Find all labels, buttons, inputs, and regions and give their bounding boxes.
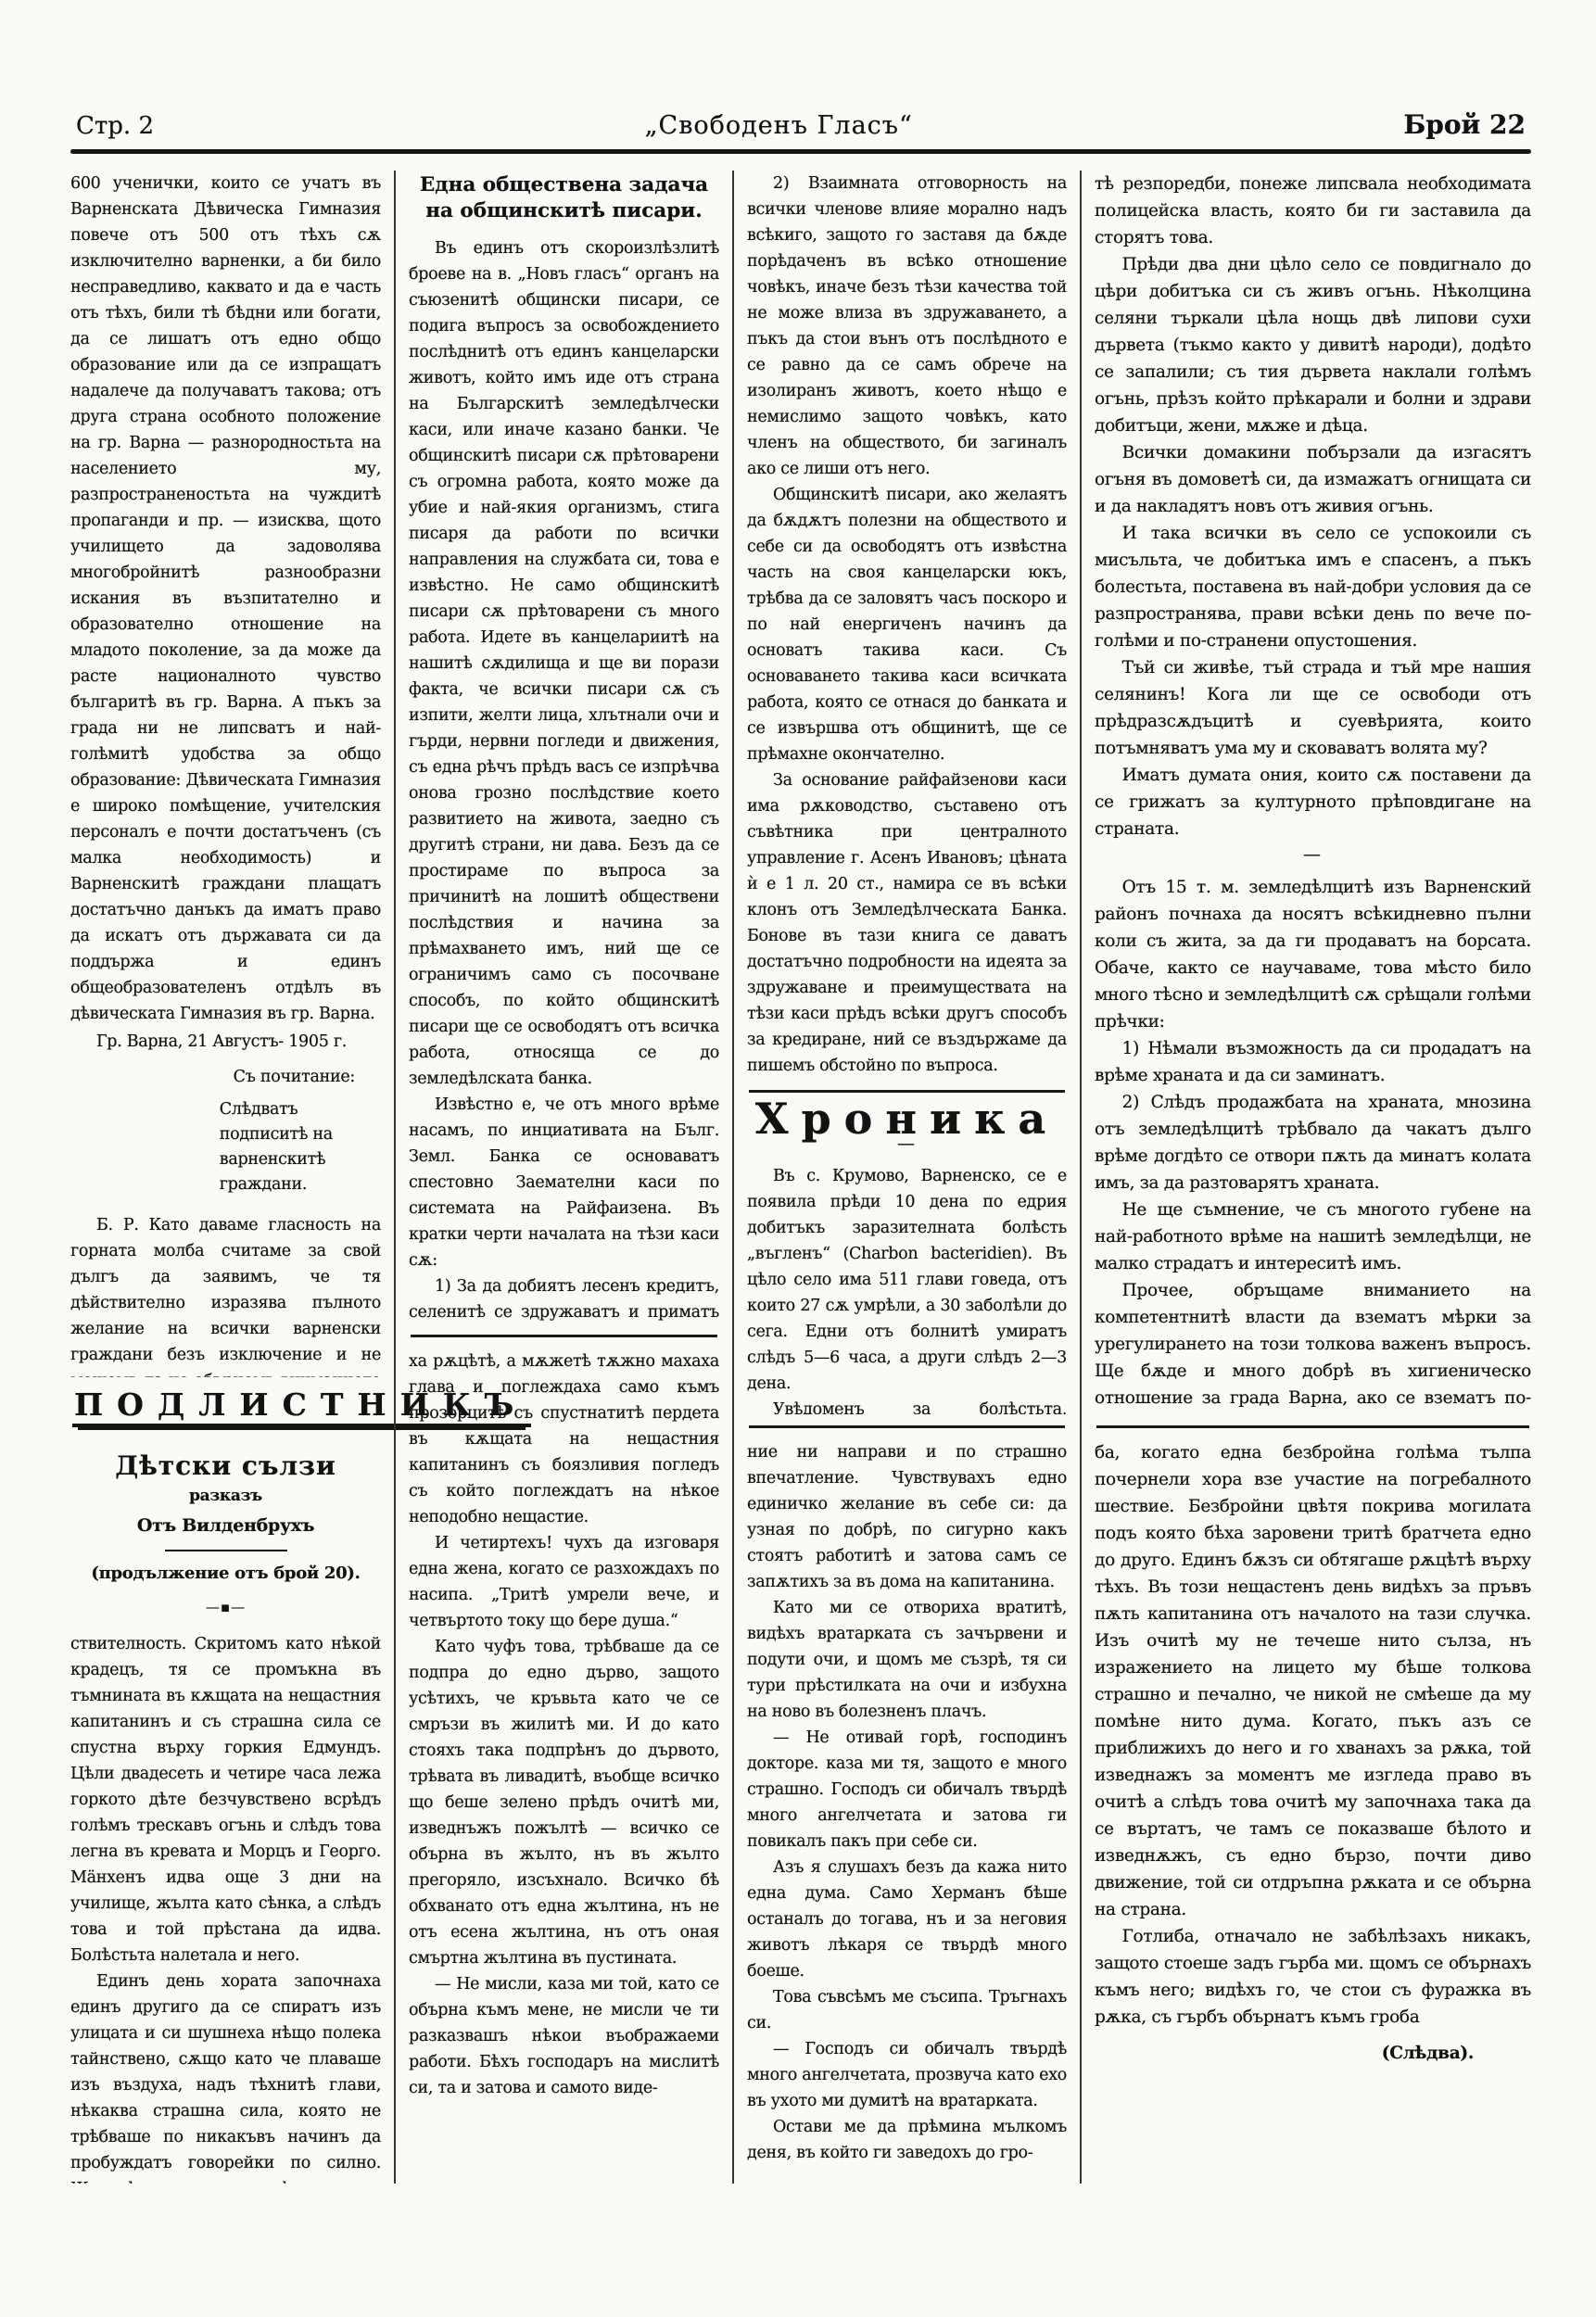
clerks-article: Една обществена задача на общинскитѣ пис… [409, 171, 719, 1323]
column-1: 600 ученички, които се учатъ въ Варненск… [70, 171, 381, 2184]
section-rule-col4 [1096, 1425, 1529, 1428]
story-genre: разказъ [70, 1483, 381, 1509]
story-ornament: —▪— [70, 1594, 381, 1620]
clerks-article-body: Въ единъ отъ скороизлѣзлитѣ броеве на в.… [409, 235, 719, 1323]
chronicle-item-divider: — [1095, 844, 1531, 865]
chronicle-anthrax-continued: тѣ резпоредби, понеже липсвала необходим… [1095, 171, 1531, 842]
section-rule-col2 [411, 1335, 717, 1337]
feuilleton-header: ПОДЛИСТНИКЪ [72, 1392, 381, 1427]
story-header: Дѣтски сълзи разказъ Отъ Вилденбрухъ (пр… [70, 1453, 381, 1620]
chronicle-continued: тѣ резпоредби, понеже липсвала необходим… [1095, 171, 1531, 1414]
newspaper-title: „Свободенъ Гласъ“ [645, 111, 913, 140]
column-4: тѣ резпоредби, понеже липсвала необходим… [1095, 171, 1531, 2184]
salutation: Съ почитание: [70, 1064, 381, 1090]
feuilleton-col3-text: ние ни направи и по страшно впечатление.… [747, 1439, 1067, 2166]
story-rule [165, 1550, 287, 1551]
column-3: 2) Взаимната отговорность на всички член… [747, 171, 1067, 2184]
section-rule-col3 [749, 1425, 1065, 1428]
story-title: Дѣтски сълзи [70, 1453, 381, 1479]
column-2: Една обществена задача на общинскитѣ пис… [409, 171, 719, 2184]
article-title: Една обществена задача на общинскитѣ пис… [414, 172, 714, 224]
column-divider-3 [1080, 171, 1082, 2184]
issue-number: Брой 22 [1403, 109, 1526, 140]
clerks-article-continuation: 2) Взаимната отговорность на всички член… [747, 171, 1067, 1079]
petition-body: 600 ученички, които се учатъ въ Варненск… [70, 171, 381, 1027]
to-be-continued: (Слѣдва). [1095, 2040, 1531, 2067]
column-divider-1 [394, 171, 396, 2184]
chronicle-top-rule [749, 1090, 1065, 1093]
chronicle-heading: Хроника [747, 1106, 1067, 1132]
petition-article: 600 ученички, които се учатъ въ Варненск… [70, 171, 381, 1377]
newspaper-page: Стр. 2 „Свободенъ Гласъ“ Брой 22 600 уче… [0, 0, 1596, 2317]
column-divider-2 [732, 171, 734, 2184]
continuation-note: (продължение отъ брой 20). [70, 1561, 381, 1587]
page-columns: 600 ученички, които се учатъ въ Варненск… [70, 171, 1531, 2184]
feuilleton-col2-text: ха рѫцѣтѣ, а мѫжетѣ тѫжно махаха глава и… [409, 1348, 719, 2101]
dateline: Гр. Варна, 21 Августъ- 1905 г. [70, 1029, 381, 1055]
feuilleton-col4-text: ба, когато една безбройна голѣма тълпа п… [1095, 1439, 1531, 2031]
clerks-article-continued: 2) Взаимната отговорность на всички член… [747, 171, 1067, 1414]
chronicle-item-anthrax: Въ с. Крумово, Варненско, се е появила п… [747, 1163, 1067, 1414]
editor-note: Б. Р. Като даваме гласность на горната м… [70, 1212, 381, 1377]
story-author: Отъ Вилденбрухъ [70, 1513, 381, 1538]
page-header: Стр. 2 „Свободенъ Гласъ“ Брой 22 [70, 109, 1531, 149]
signature-note: Слѣдватъ подписитѣ на варненскитѣ гражда… [220, 1097, 381, 1197]
masthead-rule [70, 149, 1531, 154]
feuilleton-col1-text: ствителность. Скритомъ като нѣкой крадец… [70, 1631, 381, 2184]
chronicle-item-grain-market: Отъ 15 т. м. земледѣлцитѣ изъ Варненский… [1095, 874, 1531, 1414]
page-number: Стр. 2 [76, 112, 154, 140]
